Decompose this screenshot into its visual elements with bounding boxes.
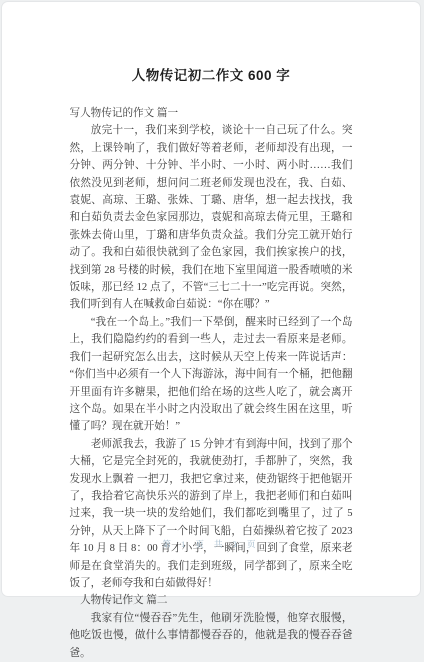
section-heading-1: 写人物传记的作文 篇一	[70, 105, 353, 122]
document-body: 写人物传记的作文 篇一 放完十一，我们来到学校，谈论十一自己玩了什么。突然，上课…	[70, 105, 353, 600]
paragraph-3: 老师派我去，我游了 15 分钟才有到海中间，找到了那个大桶，它是完全封死的，我就…	[70, 436, 353, 593]
page-indicator: 第 1 页 共 3 页	[2, 538, 420, 550]
document-title: 人物传记初二作文 600 字	[2, 64, 420, 84]
paragraph-2: “我在一个岛上。”我们一下晕倒，醒来时已经到了一个岛上，我们隐隐约约的看到一些人…	[70, 314, 353, 436]
paragraph-1: 放完十一，我们来到学校，谈论十一自己玩了什么。突然，上课铃响了，我们做好等着老师…	[70, 122, 353, 313]
document-page: 人物传记初二作文 600 字 写人物传记的作文 篇一 放完十一，我们来到学校，谈…	[1, 1, 421, 597]
section-heading-2: 人物传记作文 篇二	[70, 592, 353, 600]
